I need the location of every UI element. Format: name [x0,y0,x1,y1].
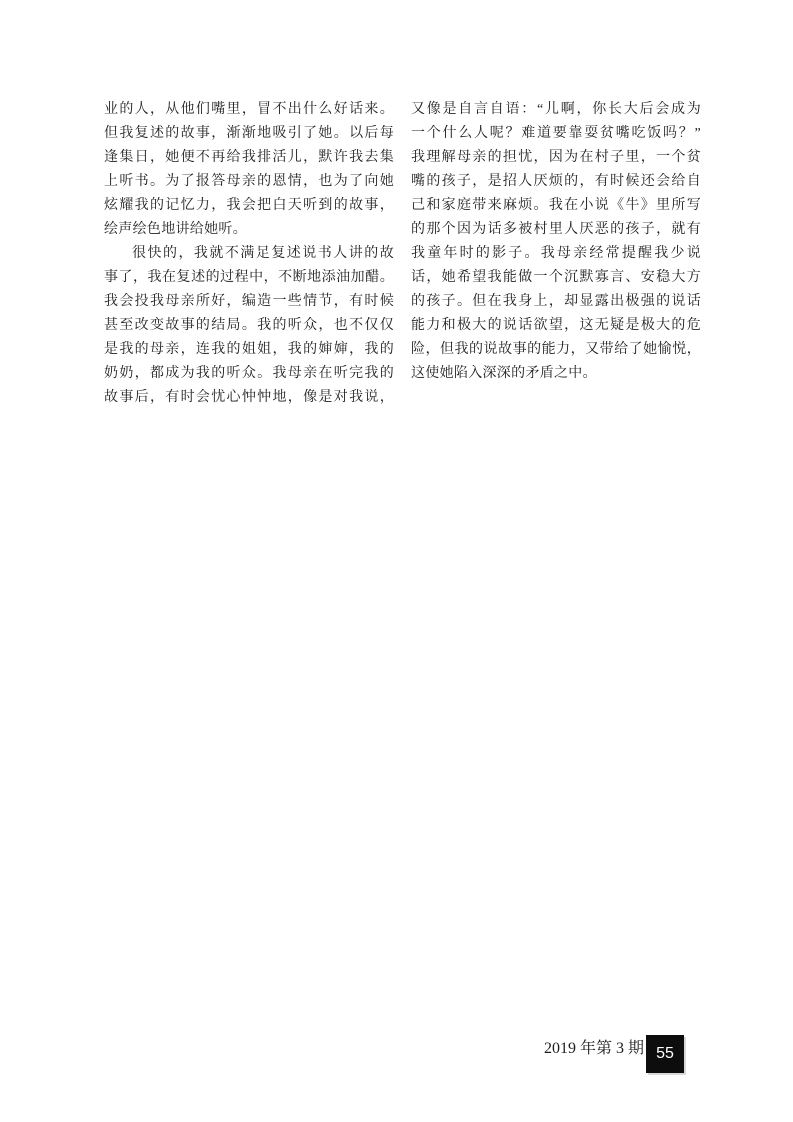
magazine-page: 业的人，从他们嘴里，冒不出什么好话来。 但我复述的故事，渐渐地吸引了她。以后每 … [0,0,793,1122]
body-text-line: 上听书。为了报答母亲的恩情，也为了向她 [104,170,394,194]
body-text-line: 能力和极大的说话欲望，这无疑是极大的危 [411,314,701,338]
body-text-line: 的那个因为话多被村里人厌恶的孩子，就有 [411,218,701,242]
body-text-line: 又像是自言自语：“儿啊，你长大后会成为 [411,98,701,122]
page-footer: 2019 年第 3 期 55 [0,1031,793,1077]
body-text-line: 炫耀我的记忆力，我会把白天听到的故事， [104,194,394,218]
left-text-column: 业的人，从他们嘴里，冒不出什么好话来。 但我复述的故事，渐渐地吸引了她。以后每 … [104,98,394,410]
body-text-line: 险，但我的说故事的能力，又带给了她愉悦， [411,338,701,362]
page-number-badge: 55 [646,1035,684,1073]
body-text-line: 这使她陷入深深的矛盾之中。 [411,362,701,386]
body-text-line: 很快的，我就不满足复述说书人讲的故 [104,242,394,266]
body-text-line: 是我的母亲，连我的姐姐，我的婶婶，我的 [104,338,394,362]
body-text-line: 己和家庭带来麻烦。我在小说《牛》里所写 [411,194,701,218]
body-text-line: 的孩子。但在我身上，却显露出极强的说话 [411,290,701,314]
body-text-line: 甚至改变故事的结局。我的听众，也不仅仅 [104,314,394,338]
body-text-line: 绘声绘色地讲给她听。 [104,218,394,242]
body-text-line: 故事后，有时会忧心忡忡地，像是对我说， [104,386,394,410]
body-text-line: 嘴的孩子，是招人厌烦的，有时候还会给自 [411,170,701,194]
body-text-line: 我会投我母亲所好，编造一些情节，有时候 [104,290,394,314]
body-text-line: 业的人，从他们嘴里，冒不出什么好话来。 [104,98,394,122]
right-text-column: 又像是自言自语：“儿啊，你长大后会成为 一个什么人呢？难道要靠耍贫嘴吃饭吗？” … [411,98,701,386]
body-text-line: 话，她希望我能做一个沉默寡言、安稳大方 [411,266,701,290]
body-text-line: 逢集日，她便不再给我排活儿，默许我去集 [104,146,394,170]
body-text-line: 我童年时的影子。我母亲经常提醒我少说 [411,242,701,266]
body-text-line: 奶奶，都成为我的听众。我母亲在听完我的 [104,362,394,386]
body-text-line: 我理解母亲的担忧，因为在村子里，一个贫 [411,146,701,170]
body-text-line: 一个什么人呢？难道要靠耍贫嘴吃饭吗？” [411,122,701,146]
body-text-line: 但我复述的故事，渐渐地吸引了她。以后每 [104,122,394,146]
body-text-line: 事了，我在复述的过程中，不断地添油加醋。 [104,266,394,290]
issue-label: 2019 年第 3 期 [544,1039,644,1059]
